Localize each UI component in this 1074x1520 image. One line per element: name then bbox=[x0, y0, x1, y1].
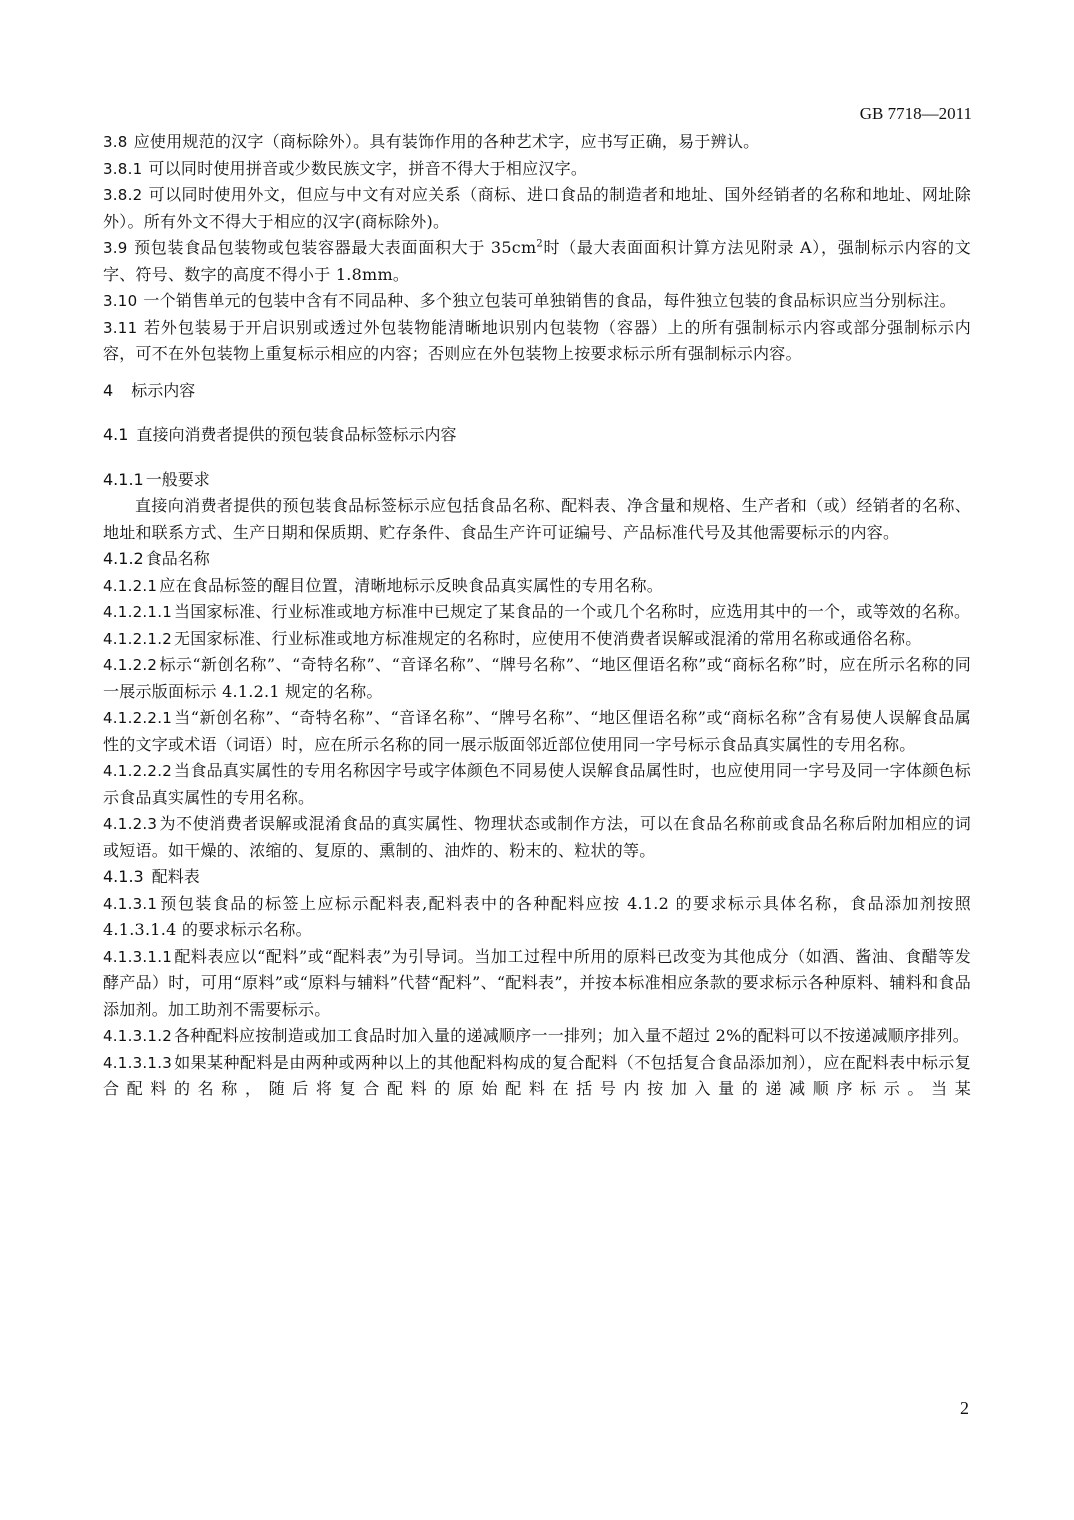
clause-text: 可以同时使用外文，但应与中文有对应关系（商标、进口食品的制造者和地址、国外经销者… bbox=[103, 185, 971, 231]
clause-3-9: 3.9预包装食品包装物或包装容器最大表面面积大于 35cm2时（最大表面面积计算… bbox=[103, 235, 971, 288]
clause-4-1-3-1-1: 4.1.3.1.1配料表应以“配料”或“配料表”为引导词。当加工过程中所用的原料… bbox=[103, 944, 971, 1024]
page-number: 2 bbox=[960, 1398, 969, 1419]
clause-4-1-2-1-1: 4.1.2.1.1当国家标准、行业标准或地方标准中已规定了某食品的一个或几个名称… bbox=[103, 599, 971, 626]
clause-number: 4.1.3.1.1 bbox=[103, 948, 172, 966]
clause-number: 3.8.1 bbox=[103, 160, 142, 178]
document-body: 3.8应使用规范的汉字（商标除外）。具有装饰作用的各种艺术字，应书写正确，易于辨… bbox=[103, 129, 971, 1103]
clause-number: 3.10 bbox=[103, 292, 137, 310]
clause-number: 3.8 bbox=[103, 133, 128, 151]
chapter-title: 标示内容 bbox=[131, 381, 195, 400]
clause-number: 4.1.3.1 bbox=[103, 895, 157, 913]
clause-text: 一个销售单元的包装中含有不同品种、多个独立包装可单独销售的食品，每件独立包装的食… bbox=[143, 291, 956, 310]
clause-number: 3.11 bbox=[103, 319, 137, 337]
clause-text: 配料表应以“配料”或“配料表”为引导词。当加工过程中所用的原料已改变为其他成分（… bbox=[103, 947, 971, 1019]
clause-text: 标示“新创名称”、“奇特名称”、“音译名称”、“牌号名称”、“地区俚语名称”或“… bbox=[103, 655, 971, 701]
section-4-1-heading: 4.1直接向消费者提供的预包装食品标签标示内容 bbox=[103, 422, 971, 449]
section-title: 配料表 bbox=[152, 867, 200, 886]
clause-3-8: 3.8应使用规范的汉字（商标除外）。具有装饰作用的各种艺术字，应书写正确，易于辨… bbox=[103, 129, 971, 156]
clause-4-1-3-1-2: 4.1.3.1.2各种配料应按制造或加工食品时加入量的递减顺序一一排列；加入量不… bbox=[103, 1023, 971, 1050]
clause-text: 如果某种配料是由两种或两种以上的其他配料构成的复合配料（不包括复合食品添加剂），… bbox=[103, 1053, 971, 1099]
clause-4-1-2-2-1: 4.1.2.2.1当“新创名称”、“奇特名称”、“音译名称”、“牌号名称”、“地… bbox=[103, 705, 971, 758]
clause-number: 4.1.3.1.2 bbox=[103, 1027, 172, 1045]
clause-number: 4.1.3.1.3 bbox=[103, 1054, 172, 1072]
clause-number: 4.1.2.3 bbox=[103, 815, 157, 833]
clause-number: 4.1.2.2.1 bbox=[103, 709, 172, 727]
section-4-1-3-heading: 4.1.3配料表 bbox=[103, 864, 971, 891]
section-number: 4.1.3 bbox=[103, 867, 144, 886]
clause-text: 可以同时使用拼音或少数民族文字，拼音不得大于相应汉字。 bbox=[148, 159, 587, 178]
section-4-1-2-heading: 4.1.2食品名称 bbox=[103, 546, 971, 573]
clause-4-1-3-1-3: 4.1.3.1.3如果某种配料是由两种或两种以上的其他配料构成的复合配料（不包括… bbox=[103, 1050, 971, 1103]
clause-text: 当“新创名称”、“奇特名称”、“音译名称”、“牌号名称”、“地区俚语名称”或“商… bbox=[103, 708, 971, 754]
clause-text: 为不使消费者误解或混淆食品的真实属性、物理状态或制作方法，可以在食品名称前或食品… bbox=[103, 814, 971, 860]
clause-4-1-2-2: 4.1.2.2标示“新创名称”、“奇特名称”、“音译名称”、“牌号名称”、“地区… bbox=[103, 652, 971, 705]
section-title: 一般要求 bbox=[146, 470, 210, 489]
clause-number: 3.9 bbox=[103, 239, 128, 257]
section-title: 食品名称 bbox=[146, 549, 210, 568]
chapter-number: 4 bbox=[103, 381, 113, 400]
standard-code-header: GB 7718—2011 bbox=[860, 104, 972, 124]
clause-3-8-1: 3.8.1可以同时使用拼音或少数民族文字，拼音不得大于相应汉字。 bbox=[103, 156, 971, 183]
clause-text: 应使用规范的汉字（商标除外）。具有装饰作用的各种艺术字，应书写正确，易于辨认。 bbox=[134, 132, 760, 151]
clause-text: 预包装食品包装物或包装容器最大表面面积大于 35cm bbox=[134, 238, 537, 257]
clause-text: 应在食品标签的醒目位置，清晰地标示反映食品真实属性的专用名称。 bbox=[159, 576, 663, 595]
clause-4-1-2-1: 4.1.2.1应在食品标签的醒目位置，清晰地标示反映食品真实属性的专用名称。 bbox=[103, 573, 971, 600]
clause-4-1-3-1: 4.1.3.1预包装食品的标签上应标示配料表,配料表中的各种配料应按 4.1.2… bbox=[103, 891, 971, 944]
clause-text: 无国家标准、行业标准或地方标准规定的名称时，应使用不使消费者误解或混淆的常用名称… bbox=[174, 629, 922, 648]
section-4-1-1-heading: 4.1.1一般要求 bbox=[103, 467, 971, 494]
clause-text: 预包装食品的标签上应标示配料表,配料表中的各种配料应按 4.1.2 的要求标示具… bbox=[103, 894, 971, 940]
clause-text: 当食品真实属性的专用名称因字号或字体颜色不同易使人误解食品属性时，也应使用同一字… bbox=[103, 761, 971, 807]
clause-number: 4.1.2.1.2 bbox=[103, 630, 172, 648]
clause-3-10: 3.10一个销售单元的包装中含有不同品种、多个独立包装可单独销售的食品，每件独立… bbox=[103, 288, 971, 315]
clause-number: 4.1.2.2.2 bbox=[103, 762, 172, 780]
clause-text: 各种配料应按制造或加工食品时加入量的递减顺序一一排列；加入量不超过 2%的配料可… bbox=[174, 1026, 969, 1045]
chapter-4-heading: 4标示内容 bbox=[103, 378, 971, 405]
clause-number: 4.1.2.2 bbox=[103, 656, 157, 674]
clause-3-11: 3.11若外包装易于开启识别或透过外包装物能清晰地识别内包装物（容器）上的所有强… bbox=[103, 315, 971, 368]
section-number: 4.1.2 bbox=[103, 549, 144, 568]
clause-4-1-2-2-2: 4.1.2.2.2当食品真实属性的专用名称因字号或字体颜色不同易使人误解食品属性… bbox=[103, 758, 971, 811]
clause-text: 当国家标准、行业标准或地方标准中已规定了某食品的一个或几个名称时，应选用其中的一… bbox=[174, 602, 970, 621]
clause-4-1-2-1-2: 4.1.2.1.2无国家标准、行业标准或地方标准规定的名称时，应使用不使消费者误… bbox=[103, 626, 971, 653]
section-number: 4.1 bbox=[103, 425, 128, 444]
clause-number: 4.1.2.1 bbox=[103, 577, 157, 595]
section-number: 4.1.1 bbox=[103, 470, 144, 489]
general-requirements-body: 直接向消费者提供的预包装食品标签标示应包括食品名称、配料表、净含量和规格、生产者… bbox=[103, 493, 971, 546]
clause-number: 3.8.2 bbox=[103, 186, 142, 204]
clause-number: 4.1.2.1.1 bbox=[103, 603, 172, 621]
clause-text: 若外包装易于开启识别或透过外包装物能清晰地识别内包装物（容器）上的所有强制标示内… bbox=[103, 318, 971, 364]
clause-3-8-2: 3.8.2可以同时使用外文，但应与中文有对应关系（商标、进口食品的制造者和地址、… bbox=[103, 182, 971, 235]
clause-4-1-2-3: 4.1.2.3为不使消费者误解或混淆食品的真实属性、物理状态或制作方法，可以在食… bbox=[103, 811, 971, 864]
section-title: 直接向消费者提供的预包装食品标签标示内容 bbox=[136, 425, 456, 444]
